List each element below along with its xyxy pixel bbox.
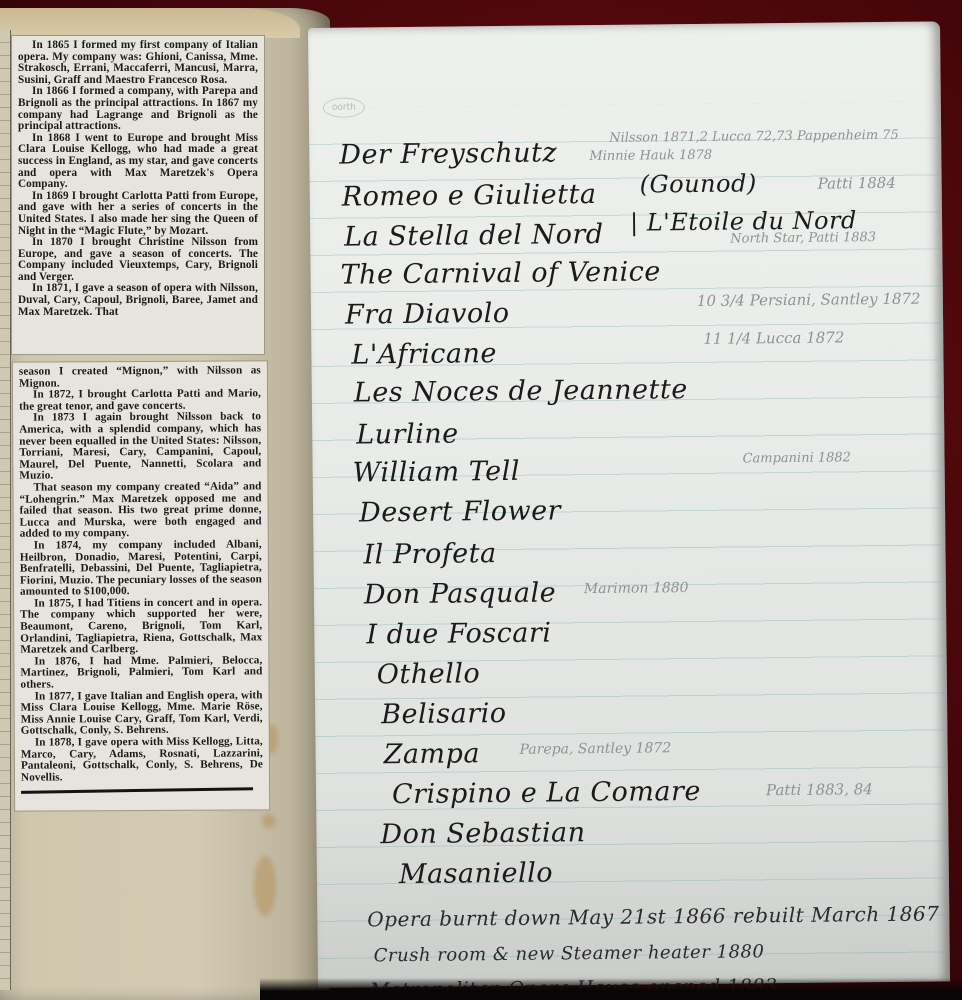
- opera-title: Desert Flower: [359, 495, 561, 528]
- clipping-end-rule: [21, 788, 253, 795]
- clipping-paragraph: That season my company created “Aida” an…: [19, 481, 261, 540]
- newspaper-clipping-bottom: season I created “Mignon,” with Nilsson …: [13, 361, 269, 810]
- opera-title: The Carnival of Venice: [340, 256, 660, 290]
- opera-title: Don Sebastian: [380, 817, 585, 850]
- right-page-ledger: oorth Der Freyschutz Nilsson 1871,2 Lucc…: [308, 21, 950, 988]
- pencil-note: North Star, Patti 1883: [730, 230, 876, 247]
- clipping-paragraph: In 1875, I had Titiens in concert and in…: [20, 597, 262, 656]
- pencil-note: 10 3/4 Persiani, Santley 1872: [697, 290, 921, 310]
- list-item: William Tell: [353, 456, 521, 489]
- clipping-paragraph: In 1874, my company included Albani, Hei…: [20, 539, 262, 598]
- list-item: Desert Flower: [359, 495, 561, 528]
- opera-aside: (Gounod): [640, 169, 757, 198]
- opera-title: Les Noces de Jeannette: [354, 374, 688, 408]
- page-top-edge: [0, 8, 300, 38]
- list-item: Othello: [377, 658, 481, 690]
- clipping-paragraph: In 1870 I brought Christine Nilsson from…: [18, 237, 258, 283]
- clipping-paragraph: In 1873 I again brought Nilsson back to …: [19, 412, 261, 483]
- opera-title: Belisario: [381, 698, 507, 730]
- opera-title: Romeo e Giulietta: [342, 179, 597, 213]
- clipping-paragraph: In 1865 I formed my first company of Ita…: [18, 40, 258, 86]
- opera-title: Zampa: [383, 738, 480, 770]
- opera-title: Crispino e La Comare: [392, 776, 701, 810]
- clipping-paragraph: In 1869 I brought Carlotta Patti from Eu…: [18, 191, 258, 237]
- pencil-note: Parepa, Santley 1872: [519, 740, 671, 758]
- clipping-paragraph: In 1871, I gave a season of opera with N…: [18, 283, 258, 318]
- list-item: Der Freyschutz: [339, 137, 557, 170]
- opera-title: Fra Diavolo: [345, 298, 510, 331]
- opera-title: L'Africane: [351, 338, 497, 371]
- list-item: Lurline: [356, 418, 459, 450]
- list-item: Don Sebastian: [380, 817, 585, 850]
- opera-title: William Tell: [353, 456, 521, 489]
- adjacent-column-strip: [0, 30, 11, 990]
- page-bottom-shadow: [260, 978, 962, 1000]
- opera-title: La Stella del Nord: [344, 219, 604, 253]
- clipping-paragraph: In 1866 I formed a company, with Parepa …: [18, 86, 258, 132]
- list-item: The Carnival of Venice: [340, 256, 660, 290]
- opera-title: Il Profeta: [363, 538, 496, 570]
- clipping-continuation: season I created “Mignon,” with Nilsson …: [19, 365, 261, 389]
- pencil-note: Patti 1884: [818, 174, 896, 193]
- opera-title: Der Freyschutz: [339, 137, 557, 170]
- opera-title: I due Foscari: [366, 617, 551, 650]
- list-item: Crispino e La Comare: [392, 776, 701, 810]
- opera-title: Masaniello: [399, 857, 554, 890]
- list-item: Zampa: [383, 738, 480, 770]
- pencil-note: Nilsson 1871,2 Lucca 72,73 Pappenheim 75: [609, 128, 899, 146]
- list-item: Belisario: [381, 698, 507, 730]
- stain: [254, 856, 276, 916]
- opera-title: Lurline: [356, 418, 459, 450]
- clipping-paragraph: In 1868 I went to Europe and brought Mis…: [18, 133, 258, 191]
- opera-list: Der Freyschutz Nilsson 1871,2 Lucca 72,7…: [308, 21, 940, 28]
- clipping-paragraph: In 1878, I gave opera with Miss Kellogg,…: [21, 736, 263, 784]
- opera-title: Don Pasquale: [364, 577, 556, 610]
- pencil-note: Patti 1883, 84: [766, 780, 873, 799]
- list-item: La Stella del Nord: [344, 219, 604, 253]
- clipping-paragraph: In 1876, I had Mme. Palmieri, Belocca, M…: [20, 655, 262, 691]
- pencil-note: Minnie Hauk 1878: [589, 148, 712, 164]
- list-item: I due Foscari: [366, 617, 551, 650]
- pencil-note: Marimon 1880: [584, 580, 689, 597]
- list-item: Il Profeta: [363, 538, 496, 570]
- pencil-note: Campanini 1882: [742, 450, 851, 466]
- list-item: L'Africane: [351, 338, 497, 371]
- opera-title: Othello: [377, 658, 481, 690]
- list-item: Les Noces de Jeannette: [354, 374, 688, 408]
- list-item: Don Pasquale: [364, 577, 556, 610]
- stain: [262, 814, 276, 828]
- scrapbook-photo: In 1865 I formed my first company of Ita…: [0, 0, 962, 1000]
- list-item: Masaniello: [399, 857, 554, 890]
- pencil-note: 11 1/4 Lucca 1872: [703, 328, 844, 347]
- clipping-paragraph: In 1877, I gave Italian and English oper…: [21, 690, 263, 738]
- list-item: Romeo e Giulietta: [342, 179, 597, 213]
- clipping-paragraph: In 1872, I brought Carlotta Patti and Ma…: [19, 389, 261, 413]
- newspaper-clipping-top: In 1865 I formed my first company of Ita…: [12, 36, 264, 354]
- list-item: Fra Diavolo: [345, 298, 510, 331]
- theatre-note: Crush room & new Steamer heater 1880: [374, 941, 765, 966]
